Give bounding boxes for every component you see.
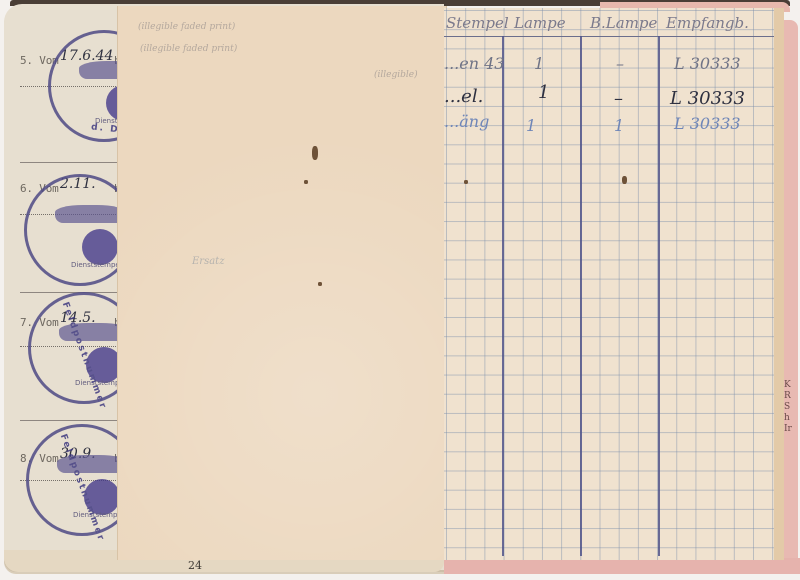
cell-text: 1	[538, 82, 549, 103]
cell-text: 1	[526, 116, 536, 135]
stain-spot	[318, 282, 322, 286]
column-divider	[658, 36, 660, 556]
cell-text: L 30333	[674, 54, 741, 73]
eagle-emblem-icon	[55, 205, 125, 223]
column-header: B.Lampe	[590, 14, 657, 32]
stain-spot	[622, 176, 627, 184]
cell-text: ...el.	[444, 86, 483, 107]
cell-text: L 30333	[670, 88, 745, 109]
cell-text: –	[616, 54, 624, 73]
column-header: Lampe	[514, 14, 566, 32]
cell-text: L 30333	[674, 114, 741, 133]
column-divider	[502, 36, 504, 556]
faded-text-line: (illegible faded print)	[138, 22, 235, 32]
cover-edge-bottom	[440, 558, 800, 574]
cover-edge-text: K R S h Ir	[784, 380, 796, 435]
passbook-spread: K R S h Ir 5. Vom 17.6.44 bis Dienststem…	[0, 0, 800, 580]
folded-insert-page: (illegible faded print) (illegible faded…	[118, 6, 446, 560]
column-header: Empfangb.	[666, 14, 749, 32]
cell-text: –	[614, 88, 623, 109]
separator	[20, 162, 130, 163]
faded-center-word: Ersatz	[192, 256, 224, 267]
page-number: 24	[188, 559, 202, 572]
cell-text: 1	[534, 54, 544, 73]
cell-text: 1	[614, 116, 624, 135]
stain-spot	[312, 146, 318, 160]
cell-text: ...äng	[444, 112, 489, 131]
stamp-label: Dienststempel	[71, 261, 122, 269]
cell-text: ...en 43	[444, 54, 504, 73]
separator	[20, 420, 130, 421]
stamp-ink-disc	[82, 229, 118, 265]
stain-spot	[464, 180, 468, 184]
graph-paper-page: Stempel Lampe B.Lampe Empfangb. ...en 43…	[444, 8, 784, 560]
column-header: Stempel	[446, 14, 509, 32]
faded-text-line: (illegible)	[374, 70, 418, 80]
column-divider	[580, 36, 582, 556]
header-rule	[444, 36, 774, 37]
faded-text-line: (illegible faded print)	[140, 44, 237, 54]
stain-spot	[304, 180, 308, 184]
